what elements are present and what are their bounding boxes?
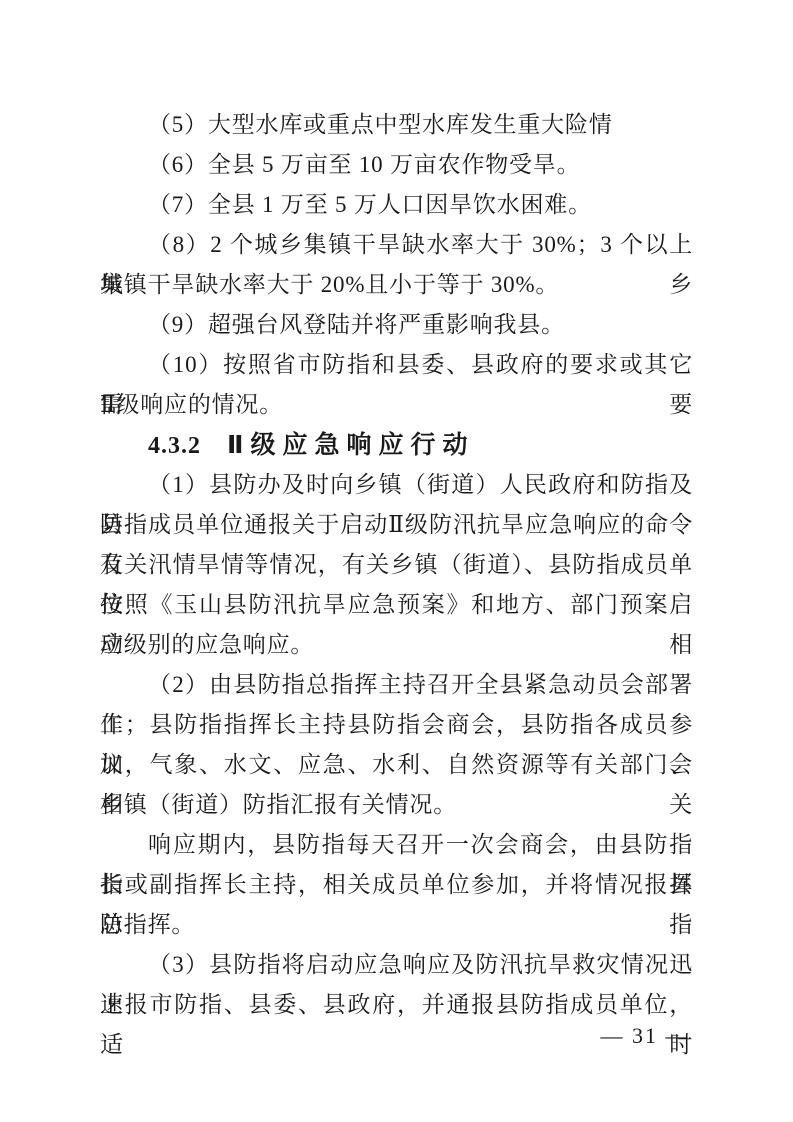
text-line: 有关汛情旱情等情况，有关乡镇（街道）、县防指成员单位 <box>100 545 693 585</box>
text-line: 长或副指挥长主持，相关成员单位参加，并将情况报县防指 <box>100 865 693 905</box>
text-line: 作；县防指指挥长主持县防指会商会，县防指各成员参加会 <box>100 705 693 745</box>
text-line: 按照《玉山县防汛抗旱应急预案》和地方、部门预案启动相 <box>100 585 693 625</box>
section-title: Ⅱ级应急响应行动 <box>227 431 474 459</box>
text-line: （1）县防办及时向乡镇（街道）人民政府和防指及县 <box>100 465 693 505</box>
text-line: （5）大型水库或重点中型水库发生重大险情 <box>100 105 693 145</box>
document-page: （5）大型水库或重点中型水库发生重大险情（6）全县 5 万亩至 10 万亩农作物… <box>0 0 793 1122</box>
text-line: （7）全县 1 万至 5 万人口因旱饮水困难。 <box>100 185 693 225</box>
page-number: — 31 — <box>560 1018 730 1054</box>
text-line: 响应期内，县防指每天召开一次会商会，由县防指指挥 <box>100 825 693 865</box>
text-line: （2）由县防指总指挥主持召开全县紧急动员会部署工 <box>100 665 693 705</box>
section-heading: 4.3.2Ⅱ级应急响应行动 <box>100 425 693 465</box>
text-line: （9）超强台风登陆并将严重影响我县。 <box>100 305 693 345</box>
text-line: （8）2 个城乡集镇干旱缺水率大于 30%；3 个以上城乡 <box>100 225 693 265</box>
text-line: （10）按照省市防指和县委、县政府的要求或其它需要 <box>100 345 693 385</box>
text-line: （6）全县 5 万亩至 10 万亩农作物受旱。 <box>100 145 693 185</box>
text-line: （3）县防指将启动应急响应及防汛抗旱救灾情况迅速 <box>100 945 693 985</box>
text-line: 议，气象、水文、应急、水利、自然资源等有关部门、相关 <box>100 745 693 785</box>
text-block: （5）大型水库或重点中型水库发生重大险情（6）全县 5 万亩至 10 万亩农作物… <box>100 105 693 1025</box>
text-line: 防指成员单位通报关于启动Ⅱ级防汛抗旱应急响应的命令及 <box>100 505 693 545</box>
section-number: 4.3.2 <box>148 433 201 459</box>
